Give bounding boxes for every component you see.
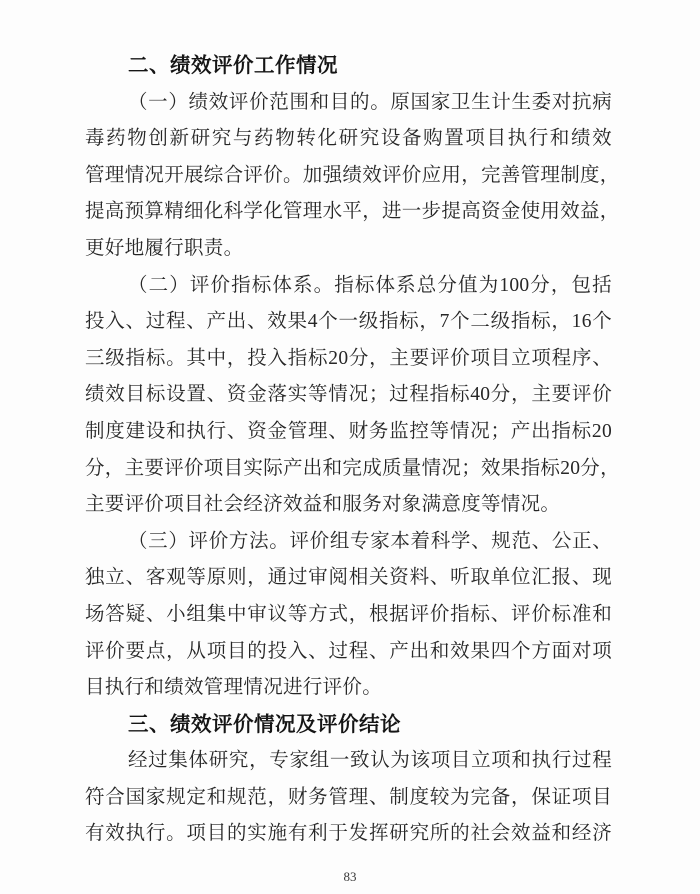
paragraph: （三）评价方法。评价组专家本着科学、规范、公正、独立、客观等原则，通过审阅相关资… xyxy=(85,524,612,707)
text-line: 分，主要评价项目实际产出和完成质量情况；效果指标20分， xyxy=(85,451,612,488)
paragraph: 经过集体研究，专家组一致认为该项目立项和执行过程符合国家规定和规范，财务管理、制… xyxy=(85,743,612,853)
paragraph: （二）评价指标体系。指标体系总分值为100分，包括投入、过程、产出、效果4个一级… xyxy=(85,268,612,524)
text-line: 有效执行。项目的实施有利于发挥研究所的社会效益和经济 xyxy=(85,816,612,853)
text-line: 毒药物创新研究与药物转化研究设备购置项目执行和绩效 xyxy=(85,121,612,158)
text-line: 场答疑、小组集中审议等方式，根据评价指标、评价标准和 xyxy=(85,597,612,634)
text-line: 评价要点，从项目的投入、过程、产出和效果四个方面对项 xyxy=(85,634,612,671)
text-line: 主要评价项目社会经济效益和服务对象满意度等情况。 xyxy=(85,487,612,524)
text-line: 目执行和绩效管理情况进行评价。 xyxy=(85,670,612,707)
text-line: 制度建设和执行、资金管理、财务监控等情况；产出指标20 xyxy=(85,414,612,451)
text-line: 经过集体研究，专家组一致认为该项目立项和执行过程 xyxy=(85,743,612,780)
text-line: （一）绩效评价范围和目的。原国家卫生计生委对抗病 xyxy=(85,85,612,122)
text-line: （二）评价指标体系。指标体系总分值为100分，包括 xyxy=(85,268,612,305)
text-line: （三）评价方法。评价组专家本着科学、规范、公正、 xyxy=(85,524,612,561)
document-page: 二、绩效评价工作情况（一）绩效评价范围和目的。原国家卫生计生委对抗病毒药物创新研… xyxy=(0,0,700,894)
document-body: 二、绩效评价工作情况（一）绩效评价范围和目的。原国家卫生计生委对抗病毒药物创新研… xyxy=(85,48,612,853)
text-line: 更好地履行职责。 xyxy=(85,231,612,268)
text-line: 三级指标。其中，投入指标20分，主要评价项目立项程序、 xyxy=(85,341,612,378)
section-heading: 三、绩效评价情况及评价结论 xyxy=(85,707,612,744)
text-line: 管理情况开展综合评价。加强绩效评价应用，完善管理制度， xyxy=(85,158,612,195)
text-line: 提高预算精细化科学化管理水平，进一步提高资金使用效益， xyxy=(85,194,612,231)
text-line: 符合国家规定和规范，财务管理、制度较为完备，保证项目 xyxy=(85,780,612,817)
text-line: 独立、客观等原则，通过审阅相关资料、听取单位汇报、现 xyxy=(85,560,612,597)
text-line: 绩效目标设置、资金落实等情况；过程指标40分，主要评价 xyxy=(85,377,612,414)
page-number: 83 xyxy=(0,869,700,885)
text-line: 投入、过程、产出、效果4个一级指标，7个二级指标，16个 xyxy=(85,304,612,341)
section-heading: 二、绩效评价工作情况 xyxy=(85,48,612,85)
paragraph: （一）绩效评价范围和目的。原国家卫生计生委对抗病毒药物创新研究与药物转化研究设备… xyxy=(85,85,612,268)
